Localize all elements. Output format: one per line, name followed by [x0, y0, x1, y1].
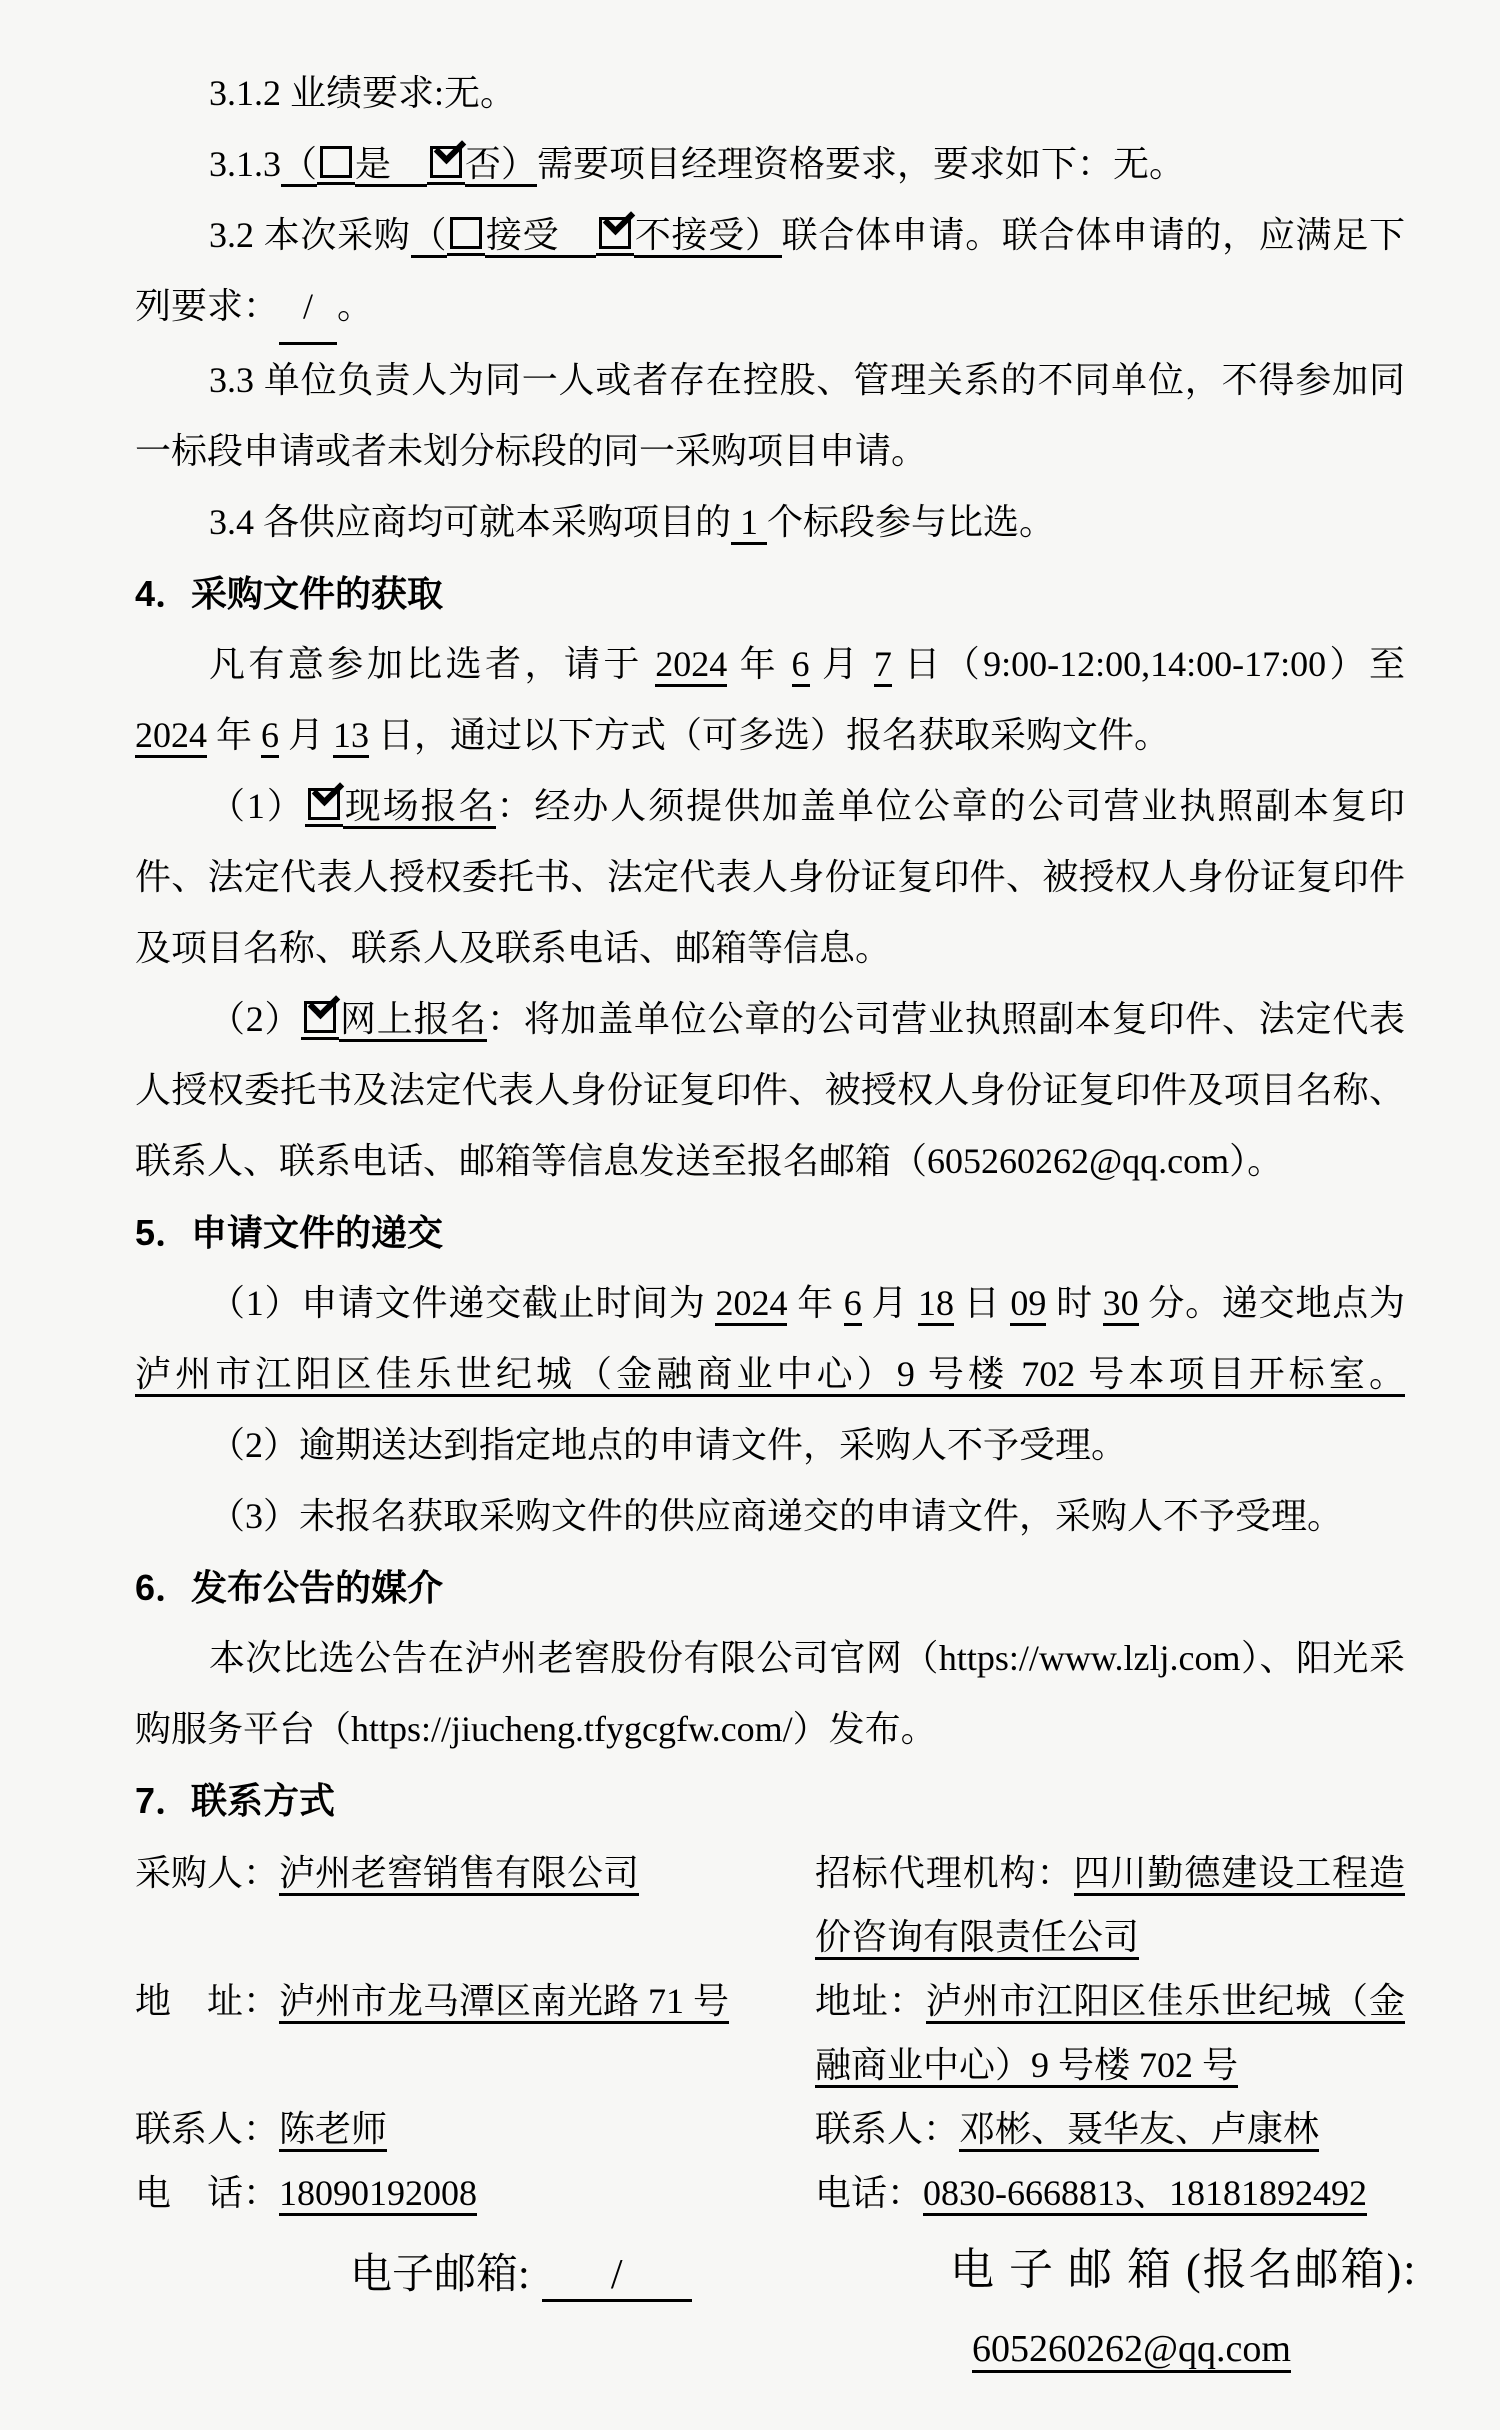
section-heading: 7．联系方式 [135, 1765, 1405, 1836]
underlined-text: 否） [465, 144, 537, 187]
paragraph: （1）申请文件递交截止时间为 2024 年 6 月 18 日 09 时 30 分… [135, 1268, 1405, 1410]
underlined-text: 6 [792, 644, 810, 687]
underlined-text: 2024 [655, 644, 727, 687]
footer-email-left: 电子邮箱:/ [350, 2241, 692, 2302]
text-run: （1） [209, 786, 305, 826]
contact-left-row: 联系人：陈老师 [135, 2097, 815, 2161]
footer-email-right: 电 子 邮 箱 (报名邮箱): 605260262@qq.com [950, 2233, 1418, 2371]
text-run: 4．采购文件的获取 [135, 573, 443, 614]
text-run: 日 [954, 1283, 1010, 1323]
text-run: 7．联系方式 [135, 1780, 335, 1821]
document-page: 3.1.2 业绩要求:无。3.1.3（是 否）需要项目经理资格要求，要求如下：无… [0, 0, 1500, 2430]
check-mark-icon [434, 132, 467, 165]
text-run: 5．申请文件的递交 [135, 1212, 443, 1253]
underlined-text: 30 [1103, 1283, 1139, 1326]
text-run: 年 [787, 1283, 843, 1323]
contact-label: 招标代理机构： [815, 1853, 1074, 1893]
section-heading: 4．采购文件的获取 [135, 558, 1405, 629]
underlined-text: 09 [1010, 1283, 1046, 1326]
underlined-text: 13 [333, 715, 369, 758]
contact-left-row: 地 址：泸州市龙马潭区南光路 71 号 [135, 1969, 815, 2033]
paragraph: （2）逾期送达到指定地点的申请文件，采购人不予受理。 [135, 1410, 1405, 1481]
paragraph: 3.1.3（是 否）需要项目经理资格要求，要求如下：无。 [135, 129, 1405, 200]
email-label: 电子邮箱: [350, 2252, 530, 2298]
text-run: （1）申请文件递交截止时间为 [209, 1283, 715, 1323]
section-heading: 6．发布公告的媒介 [135, 1552, 1405, 1623]
underlined-text: 接受 [485, 215, 596, 258]
text-run: 月 [862, 1283, 918, 1323]
contact-right-row: 电话：0830-6668813、18181892492 [815, 2161, 1405, 2225]
paragraph: 3.1.2 业绩要求:无。 [135, 58, 1405, 129]
text-run: 月 [810, 644, 874, 684]
paragraph: （2）网上报名：将加盖单位公章的公司营业执照副本复印件、法定代表人授权委托书及法… [135, 984, 1405, 1197]
check-mark-icon [312, 774, 345, 807]
underlined-text: 现场报名 [343, 786, 497, 829]
contact-value: 18090192008 [279, 2173, 477, 2216]
text-run: （3）未报名获取采购文件的供应商递交的申请文件，采购人不予受理。 [209, 1496, 1343, 1536]
text-run: 月 [279, 715, 333, 755]
text-run: 年 [727, 644, 791, 684]
underlined-text: 2024 [715, 1283, 787, 1326]
paragraph: 3.4 各供应商均可就本采购项目的 1 个标段参与比选。 [135, 487, 1405, 558]
paragraph: 3.2 本次采购（接受 不接受）联合体申请。联合体申请的，应满足下列要求：/。 [135, 200, 1405, 345]
underlined-text: 6 [844, 1283, 862, 1326]
text-run: 个标段参与比选。 [767, 502, 1055, 542]
email-blank-slot: / [542, 2251, 692, 2302]
contact-right-row: 联系人：邓彬、聂华友、卢康林 [815, 2097, 1405, 2161]
document-body: 3.1.2 业绩要求:无。3.1.3（是 否）需要项目经理资格要求，要求如下：无… [0, 0, 1500, 1836]
contact-label: 联系人： [135, 2109, 279, 2149]
text-run: 需要项目经理资格要求，要求如下：无。 [537, 144, 1185, 184]
paragraph: 本次比选公告在泸州老窖股份有限公司官网（https://www.lzlj.com… [135, 1623, 1405, 1765]
contact-value: 泸州老窖销售有限公司 [279, 1853, 639, 1896]
text-run: 3.3 单位负责人为同一人或者存在控股、管理关系的不同单位，不得参加同一标段申请… [135, 360, 1405, 471]
text-run: 6．发布公告的媒介 [135, 1567, 443, 1608]
underlined-text: （ [281, 144, 317, 187]
underlined-text: 18 [918, 1283, 954, 1326]
text-run: 3.1.3 [209, 144, 281, 184]
text-run: 日（9:00-12:00,14:00-17:00）至 [892, 644, 1405, 684]
contact-value: 邓彬、聂华友、卢康林 [959, 2109, 1319, 2152]
text-run: 3.1.2 业绩要求:无。 [209, 73, 516, 113]
underlined-text: 6 [261, 715, 279, 758]
footer-email-section: 电子邮箱:/ 电 子 邮 箱 (报名邮箱): 605260262@qq.com [0, 2225, 1500, 2430]
contact-label: 地 址： [135, 1981, 279, 2021]
contact-value: 泸州市龙马潭区南光路 71 号 [279, 1981, 729, 2024]
section-heading: 5．申请文件的递交 [135, 1197, 1405, 1268]
paragraph: 3.3 单位负责人为同一人或者存在控股、管理关系的不同单位，不得参加同一标段申请… [135, 345, 1405, 487]
signup-email-line: 605260262@qq.com [950, 2327, 1418, 2371]
underlined-text: 是 [355, 144, 427, 187]
contact-section: 采购人：泸州老窖销售有限公司招标代理机构：四川勤德建设工程造价咨询有限责任公司地… [0, 1836, 1500, 2225]
text-run: 3.4 各供应商均可就本采购项目的 [209, 502, 731, 542]
paragraph: 凡有意参加比选者，请于 2024 年 6 月 7 日（9:00-12:00,14… [135, 629, 1405, 771]
text-run: 凡有意参加比选者，请于 [209, 644, 655, 684]
contact-label: 联系人： [815, 2109, 959, 2149]
checkbox-checked-icon [308, 788, 340, 820]
text-run: 时 [1046, 1283, 1102, 1323]
contact-left-row: 采购人：泸州老窖销售有限公司 [135, 1841, 815, 1905]
underlined-text: 不接受） [634, 215, 782, 258]
text-run: （2） [209, 999, 301, 1039]
checkbox-checked-icon [430, 146, 462, 178]
underlined-text: 泸州市江阳区佳乐世纪城（金融商业中心）9 号楼 702 号本项目开标室。 [135, 1354, 1405, 1397]
text-run: 3.2 本次采购 [209, 215, 411, 255]
checkbox-unchecked-icon [450, 217, 482, 249]
underlined-text: 7 [874, 644, 892, 687]
underlined-text: 网上报名 [339, 999, 487, 1042]
text-run: （2）逾期送达到指定地点的申请文件，采购人不予受理。 [209, 1425, 1127, 1465]
contact-label: 电话： [815, 2173, 923, 2213]
text-run: 分。递交地点为 [1139, 1283, 1405, 1323]
checkbox-checked-icon [599, 217, 631, 249]
check-mark-icon [308, 987, 341, 1020]
contact-label: 地址： [815, 1981, 926, 2021]
underlined-text: （ [411, 215, 448, 258]
contact-label: 电 话： [135, 2173, 279, 2213]
contact-right-row: 招标代理机构：四川勤德建设工程造价咨询有限责任公司 [815, 1841, 1405, 1969]
text-run: 日，通过以下方式（可多选）报名获取采购文件。 [369, 715, 1170, 755]
contact-left-row: 电 话：18090192008 [135, 2161, 815, 2225]
contact-label: 采购人： [135, 1853, 279, 1893]
contact-value: 陈老师 [279, 2109, 387, 2152]
checkbox-checked-icon [304, 1001, 336, 1033]
underlined-text: 2024 [135, 715, 207, 758]
text-run: 本次比选公告在泸州老窖股份有限公司官网（https://www.lzlj.com… [135, 1638, 1405, 1749]
signup-email-label: 电 子 邮 箱 (报名邮箱): [950, 2233, 1418, 2297]
underlined-text: 1 [731, 502, 767, 545]
checkbox-unchecked-icon [320, 146, 352, 178]
contact-right-row: 地址：泸州市江阳区佳乐世纪城（金融商业中心）9 号楼 702 号 [815, 1969, 1405, 2097]
text-run: 年 [207, 715, 261, 755]
signup-email-address: 605260262@qq.com [972, 2328, 1291, 2373]
text-run: 。 [337, 286, 373, 326]
contact-value: 0830-6668813、18181892492 [923, 2173, 1367, 2216]
check-mark-icon [603, 203, 636, 236]
paragraph: （1）现场报名：经办人须提供加盖单位公章的公司营业执照副本复印件、法定代表人授权… [135, 771, 1405, 984]
blank-underline-slot: / [279, 271, 337, 345]
paragraph: （3）未报名获取采购文件的供应商递交的申请文件，采购人不予受理。 [135, 1481, 1405, 1552]
